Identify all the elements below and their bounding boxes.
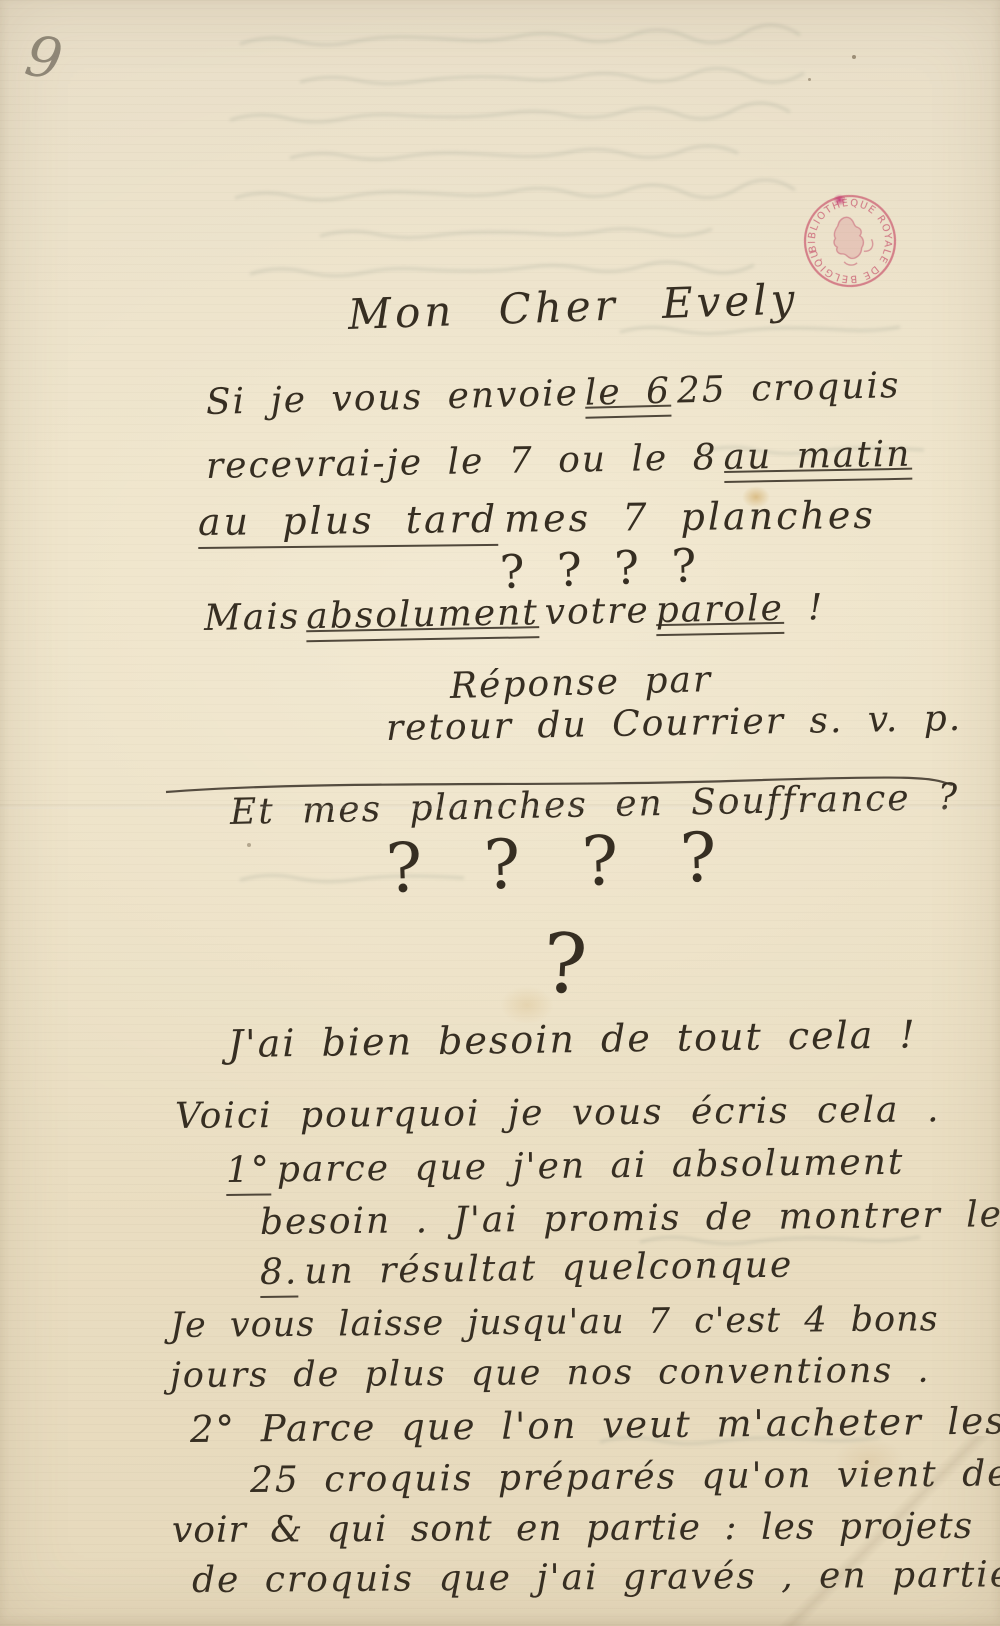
letter-line: Réponse par [449, 659, 712, 707]
lion-emblem-icon [828, 212, 878, 269]
letter-line: jours de plus que nos conventions . [170, 1351, 931, 1396]
letter-line: retour du Courrier s. v. p. [386, 698, 963, 749]
paper-speck [852, 55, 856, 59]
stamp-ink-blotch [833, 194, 846, 206]
paper-speck [247, 843, 251, 847]
letter-line: au plus tardmes 7 planches [198, 493, 876, 544]
letter-line: 1°parce que j'en ai absolument [226, 1142, 905, 1191]
letter-page: 9 BIBLIOTHÈQUE ROYALE DE BELGIQUE · Mon … [0, 0, 1000, 1626]
question-mark-single: ? [541, 916, 592, 1013]
letter-line: 25 croquis préparés qu'on vient de [250, 1453, 1000, 1501]
letter-line: 8.un résultat quelconque [260, 1245, 794, 1293]
letter-line: Voici pourquoi je vous écris cela . [175, 1089, 941, 1137]
letter-line: Maisabsolumentvotreparole! [204, 587, 825, 639]
letter-line: Si je vous envoiele 625 croquis [205, 365, 900, 423]
letter-line: besoin . J'ai promis de montrer le [260, 1194, 1000, 1243]
letter-salutation: Mon Cher Evely [347, 274, 799, 339]
letter-line: voir & qui sont en partie : les projets [172, 1506, 973, 1551]
letter-line: J'ai bien besoin de tout cela ! [228, 1012, 917, 1066]
letter-line: recevrai-je le 7 ou le 8au matin [206, 434, 918, 487]
question-marks-large: ? ? ? ? [385, 818, 736, 909]
letter-line: Je vous laisse jusqu'au 7 c'est 4 bons [170, 1299, 939, 1346]
letter-line: 2° Parce que l'on veut m'acheter les [190, 1399, 1000, 1451]
letter-line: de croquis que j'ai gravés , en partie [192, 1554, 1000, 1601]
paper-speck [808, 78, 811, 81]
pencil-number-mark: 9 [21, 23, 67, 93]
